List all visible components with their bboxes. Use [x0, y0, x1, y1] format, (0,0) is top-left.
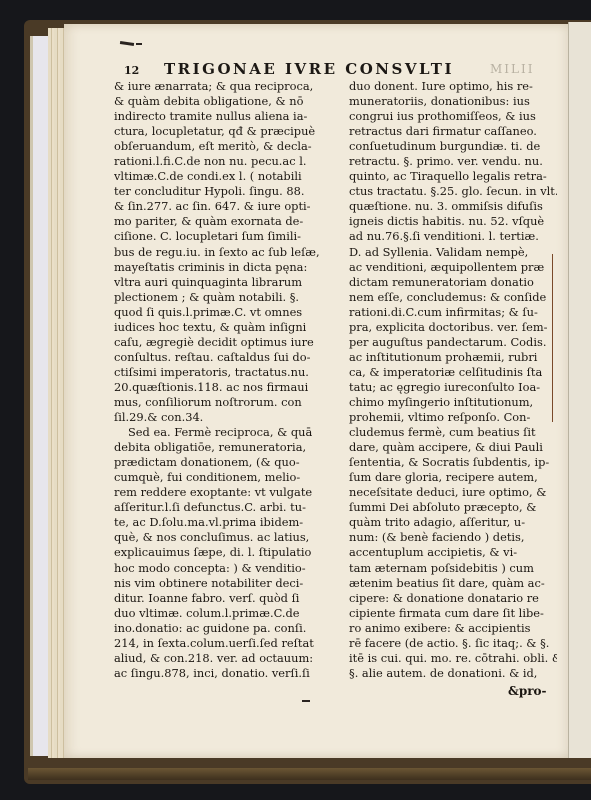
text-line: num: (& benè faciendo ) detis,: [349, 530, 557, 545]
text-line: ſententia, & Socratis ſubdentis, ip-: [349, 455, 557, 470]
text-line: explicauimus ſæpe, di. l. ſtipulatio: [114, 545, 346, 560]
text-line: ctura, locupletatur, qđ & præcipuè: [114, 124, 346, 139]
text-line: mus, conſiliorum noſtrorum. con: [114, 395, 346, 410]
text-line: ac ſingu.878, inci, donatio. verſi.ſi: [114, 666, 346, 681]
right-column: duo donent. Iure optimo, his re-munerato…: [349, 79, 557, 681]
text-line: & ſin.277. ac ſin. 647. & iure opti-: [114, 199, 346, 214]
text-line: ditur. Ioanne fabro. verſ. quòd ſi: [114, 591, 346, 606]
text-line: ctus tractatu. §.25. glo. ſecun. in vlt.: [349, 184, 557, 199]
facing-page-edge: [568, 22, 591, 758]
text-line: D. ad Syllenia. Validam nempè,: [349, 245, 557, 260]
text-line: congrui ius prothomiſſeos, & ius: [349, 109, 557, 124]
text-line: aliud, & con.218. ver. ad octauum:: [114, 651, 346, 666]
text-line: aſſeritur.l.ſi defunctus.C. arbi. tu-: [114, 500, 346, 515]
text-line: tam æternam poſsidebitis ) cum: [349, 561, 557, 576]
text-line: retractu. §. primo. ver. vendu. nu.: [349, 154, 557, 169]
text-line: muneratoriis, donationibus: ius: [349, 94, 557, 109]
text-line: dare, quàm accipere, & diui Pauli: [349, 440, 557, 455]
text-line: & iure ænarrata; & qua reciproca,: [114, 79, 346, 94]
text-line: debita obligatiōe, remuneratoria,: [114, 440, 346, 455]
text-line: vltra auri quinquaginta librarum: [114, 275, 346, 290]
text-line: ctiſsimi imperatoris, tractatus.nu.: [114, 365, 346, 380]
text-line: duo donent. Iure optimo, his re-: [349, 79, 557, 94]
text-line: ſum dare gloria, recipere autem,: [349, 470, 557, 485]
text-line: cipere: & donatione donatario re: [349, 591, 557, 606]
text-line: indirecto tramite nullus aliena ia-: [114, 109, 346, 124]
text-line: bus de regu.iu. in ſexto ac ſub leſæ,: [114, 245, 346, 260]
text-line: cludemus fermè, cum beatius ſit: [349, 425, 557, 440]
text-line: rem reddere exoptante: vt vulgate: [114, 485, 346, 500]
text-line: §. alie autem. de donationi. & id,: [349, 666, 557, 681]
text-line: ſummi Dei abſoluto præcepto, &: [349, 500, 557, 515]
text-line: conſultus. reſtau. caſtaldus ſui do-: [114, 350, 346, 365]
text-line: ca, & imperatoriæ celſitudinis ſta: [349, 365, 557, 380]
text-line: 20.quæſtionis.118. ac nos firmaui: [114, 380, 346, 395]
text-line: tatu; ac ęgregio iureconſulto Ioa-: [349, 380, 557, 395]
catchword: &pro-: [508, 684, 547, 698]
book-cover-edge: [28, 768, 591, 780]
text-line: ſil.29.& con.34.: [114, 410, 346, 425]
text-line: ino.donatio: ac guidone pa. conſi.: [114, 621, 346, 636]
text-line: quæſtione. nu. 3. ommiſsis difuſis: [349, 199, 557, 214]
text-line: per auguſtus pandectarum. Codis.: [349, 335, 557, 350]
show-through-text: MILII: [490, 62, 534, 76]
text-line: rationi.di.C.cum infirmitas; & ſu-: [349, 305, 557, 320]
text-line: accentuplum accipietis, & vi-: [349, 545, 557, 560]
text-line: què, & nos concluſimus. ac latius,: [114, 530, 346, 545]
text-line: retractus dari firmatur caſſaneo.: [349, 124, 557, 139]
text-line: & quàm debita obligatione, & nō: [114, 94, 346, 109]
text-line: quod ſi quis.l.primæ.C. vt omnes: [114, 305, 346, 320]
text-line: mayeſtatis criminis in dicta pęna:: [114, 260, 346, 275]
text-line: rationi.l.fi.C.de non nu. pecu.ac l.: [114, 154, 346, 169]
text-line: prædictam donationem, (& quo-: [114, 455, 346, 470]
text-line: obſeruandum, eſt meritò, & decla-: [114, 139, 346, 154]
text-line: quàm trito adagio, aſſeritur, u-: [349, 515, 557, 530]
text-line: nem eſſe, concludemus: & conſide: [349, 290, 557, 305]
text-line: ro animo exibere: & accipientis: [349, 621, 557, 636]
ink-mark: [136, 43, 142, 45]
text-line: duo vltimæ. colum.l.primæ.C.de: [114, 606, 346, 621]
text-line: ac inſtitutionum prohæmii, rubri: [349, 350, 557, 365]
text-line: chimo myſingerio inſtitutionum,: [349, 395, 557, 410]
ink-mark: [302, 700, 310, 702]
text-line: te, ac D.ſolu.ma.vl.prima ibidem-: [114, 515, 346, 530]
left-column: & iure ænarrata; & qua reciproca,& quàm …: [114, 79, 346, 681]
text-line: caſu, ægregiè decidit optimus iure: [114, 335, 346, 350]
running-head-title: TRIGONAE IVRE CONSVLTI: [164, 60, 454, 78]
text-line: neceſsitate deduci, iure optimo, &: [349, 485, 557, 500]
text-line: mo pariter, & quàm exornata de-: [114, 214, 346, 229]
text-line: dictam remuneratoriam donatio: [349, 275, 557, 290]
marginal-bracket: [548, 254, 553, 422]
text-line: ac venditioni, æquipollentem præ: [349, 260, 557, 275]
text-line: conſuetudinum burgundiæ. ti. de: [349, 139, 557, 154]
text-line: hoc modo concepta: ) & venditio-: [114, 561, 346, 576]
text-line: ter concluditur Hypoli. ſingu. 88.: [114, 184, 346, 199]
text-line: igneis dictis habitis. nu. 52. vſquè: [349, 214, 557, 229]
text-line: iudices hoc textu, & quàm inſigni: [114, 320, 346, 335]
text-line: ætenim beatius ſit dare, quàm ac-: [349, 576, 557, 591]
text-line: cipiente firmata cum dare ſit libe-: [349, 606, 557, 621]
text-line: rē facere (de actio. §. ſic itaq;. & §.: [349, 636, 557, 651]
text-line: vltimæ.C.de condi.ex l. ( notabili: [114, 169, 346, 184]
text-line: 214, in ſexta.colum.uerſi.ſed reſtat: [114, 636, 346, 651]
text-line: cumquè, fui conditionem, melio-: [114, 470, 346, 485]
text-line: ciſione. C. locupletari ſum ſimili-: [114, 229, 346, 244]
text-line: ad nu.76.§.ſi venditioni. l. tertiæ.: [349, 229, 557, 244]
text-line: quinto, ac Tiraquello legalis retra-: [349, 169, 557, 184]
page-number: 12: [124, 64, 164, 77]
text-line: nis vim obtinere notabiliter deci-: [114, 576, 346, 591]
text-line: itē is cui. qui. mo. re. cōtrahi. obli. …: [349, 651, 557, 666]
text-line: plectionem ; & quàm notabili. §.: [114, 290, 346, 305]
text-line: Sed ea. Fermè reciproca, & quā: [114, 425, 346, 440]
text-line: pra, explicita doctoribus. ver. ſem-: [349, 320, 557, 335]
text-line: prohemii, vltimo reſponſo. Con-: [349, 410, 557, 425]
